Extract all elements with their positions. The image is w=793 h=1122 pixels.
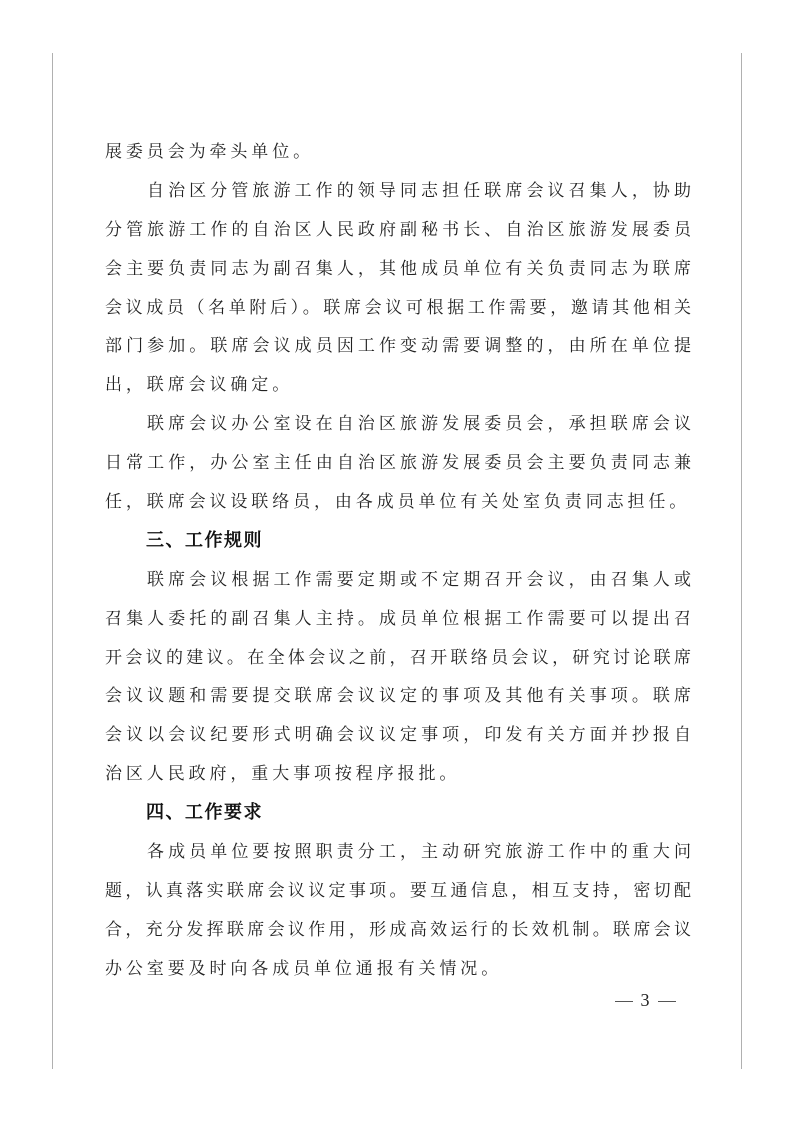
text-line: 部门参加。联席会议成员因工作变动需要调整的，由所在单位提: [105, 327, 691, 366]
text-line: 日常工作，办公室主任由自治区旅游发展委员会主要负责同志兼: [105, 444, 691, 483]
text-line: 出，联席会议确定。: [105, 366, 691, 405]
text-line: 合，充分发挥联席会议作用，形成高效运行的长效机制。联席会议: [105, 911, 691, 950]
text-line: 联席会议办公室设在自治区旅游发展委员会，承担联席会议: [105, 405, 691, 444]
text-line: 各成员单位要按照职责分工，主动研究旅游工作中的重大问: [105, 833, 691, 872]
page-number-value: 3: [641, 990, 650, 1010]
section-heading-requirements: 四、工作要求: [105, 794, 691, 833]
dash-right: [658, 1001, 676, 1002]
text-line: 自治区分管旅游工作的领导同志担任联席会议召集人，协助: [105, 172, 691, 211]
dash-left: [615, 1001, 633, 1002]
section-heading-rules: 三、工作规则: [105, 522, 691, 561]
body-text: 展委员会为牵头单位。 自治区分管旅游工作的领导同志担任联席会议召集人，协助 分管…: [105, 133, 691, 989]
text-line: 召集人委托的副召集人主持。成员单位根据工作需要可以提出召: [105, 600, 691, 639]
text-line: 开会议的建议。在全体会议之前，召开联络员会议，研究讨论联席: [105, 639, 691, 678]
right-margin-line: [741, 53, 742, 1069]
text-line: 会主要负责同志为副召集人，其他成员单位有关负责同志为联席: [105, 250, 691, 289]
page-number: 3: [600, 986, 690, 1014]
text-line: 展委员会为牵头单位。: [105, 133, 691, 172]
text-line: 任，联席会议设联络员，由各成员单位有关处室负责同志担任。: [105, 483, 691, 522]
text-line: 题，认真落实联席会议议定事项。要互通信息，相互支持，密切配: [105, 872, 691, 911]
text-line: 分管旅游工作的自治区人民政府副秘书长、自治区旅游发展委员: [105, 211, 691, 250]
text-line: 治区人民政府，重大事项按程序报批。: [105, 755, 691, 794]
text-line: 办公室要及时向各成员单位通报有关情况。: [105, 950, 691, 989]
document-page: 展委员会为牵头单位。 自治区分管旅游工作的领导同志担任联席会议召集人，协助 分管…: [0, 0, 793, 1122]
text-line: 会议以会议纪要形式明确会议议定事项，印发有关方面并抄报自: [105, 716, 691, 755]
left-margin-line: [52, 53, 53, 1069]
text-line: 联席会议根据工作需要定期或不定期召开会议，由召集人或: [105, 561, 691, 600]
text-line: 会议议题和需要提交联席会议议定的事项及其他有关事项。联席: [105, 677, 691, 716]
text-line: 会议成员（名单附后）。联席会议可根据工作需要，邀请其他相关: [105, 289, 691, 328]
